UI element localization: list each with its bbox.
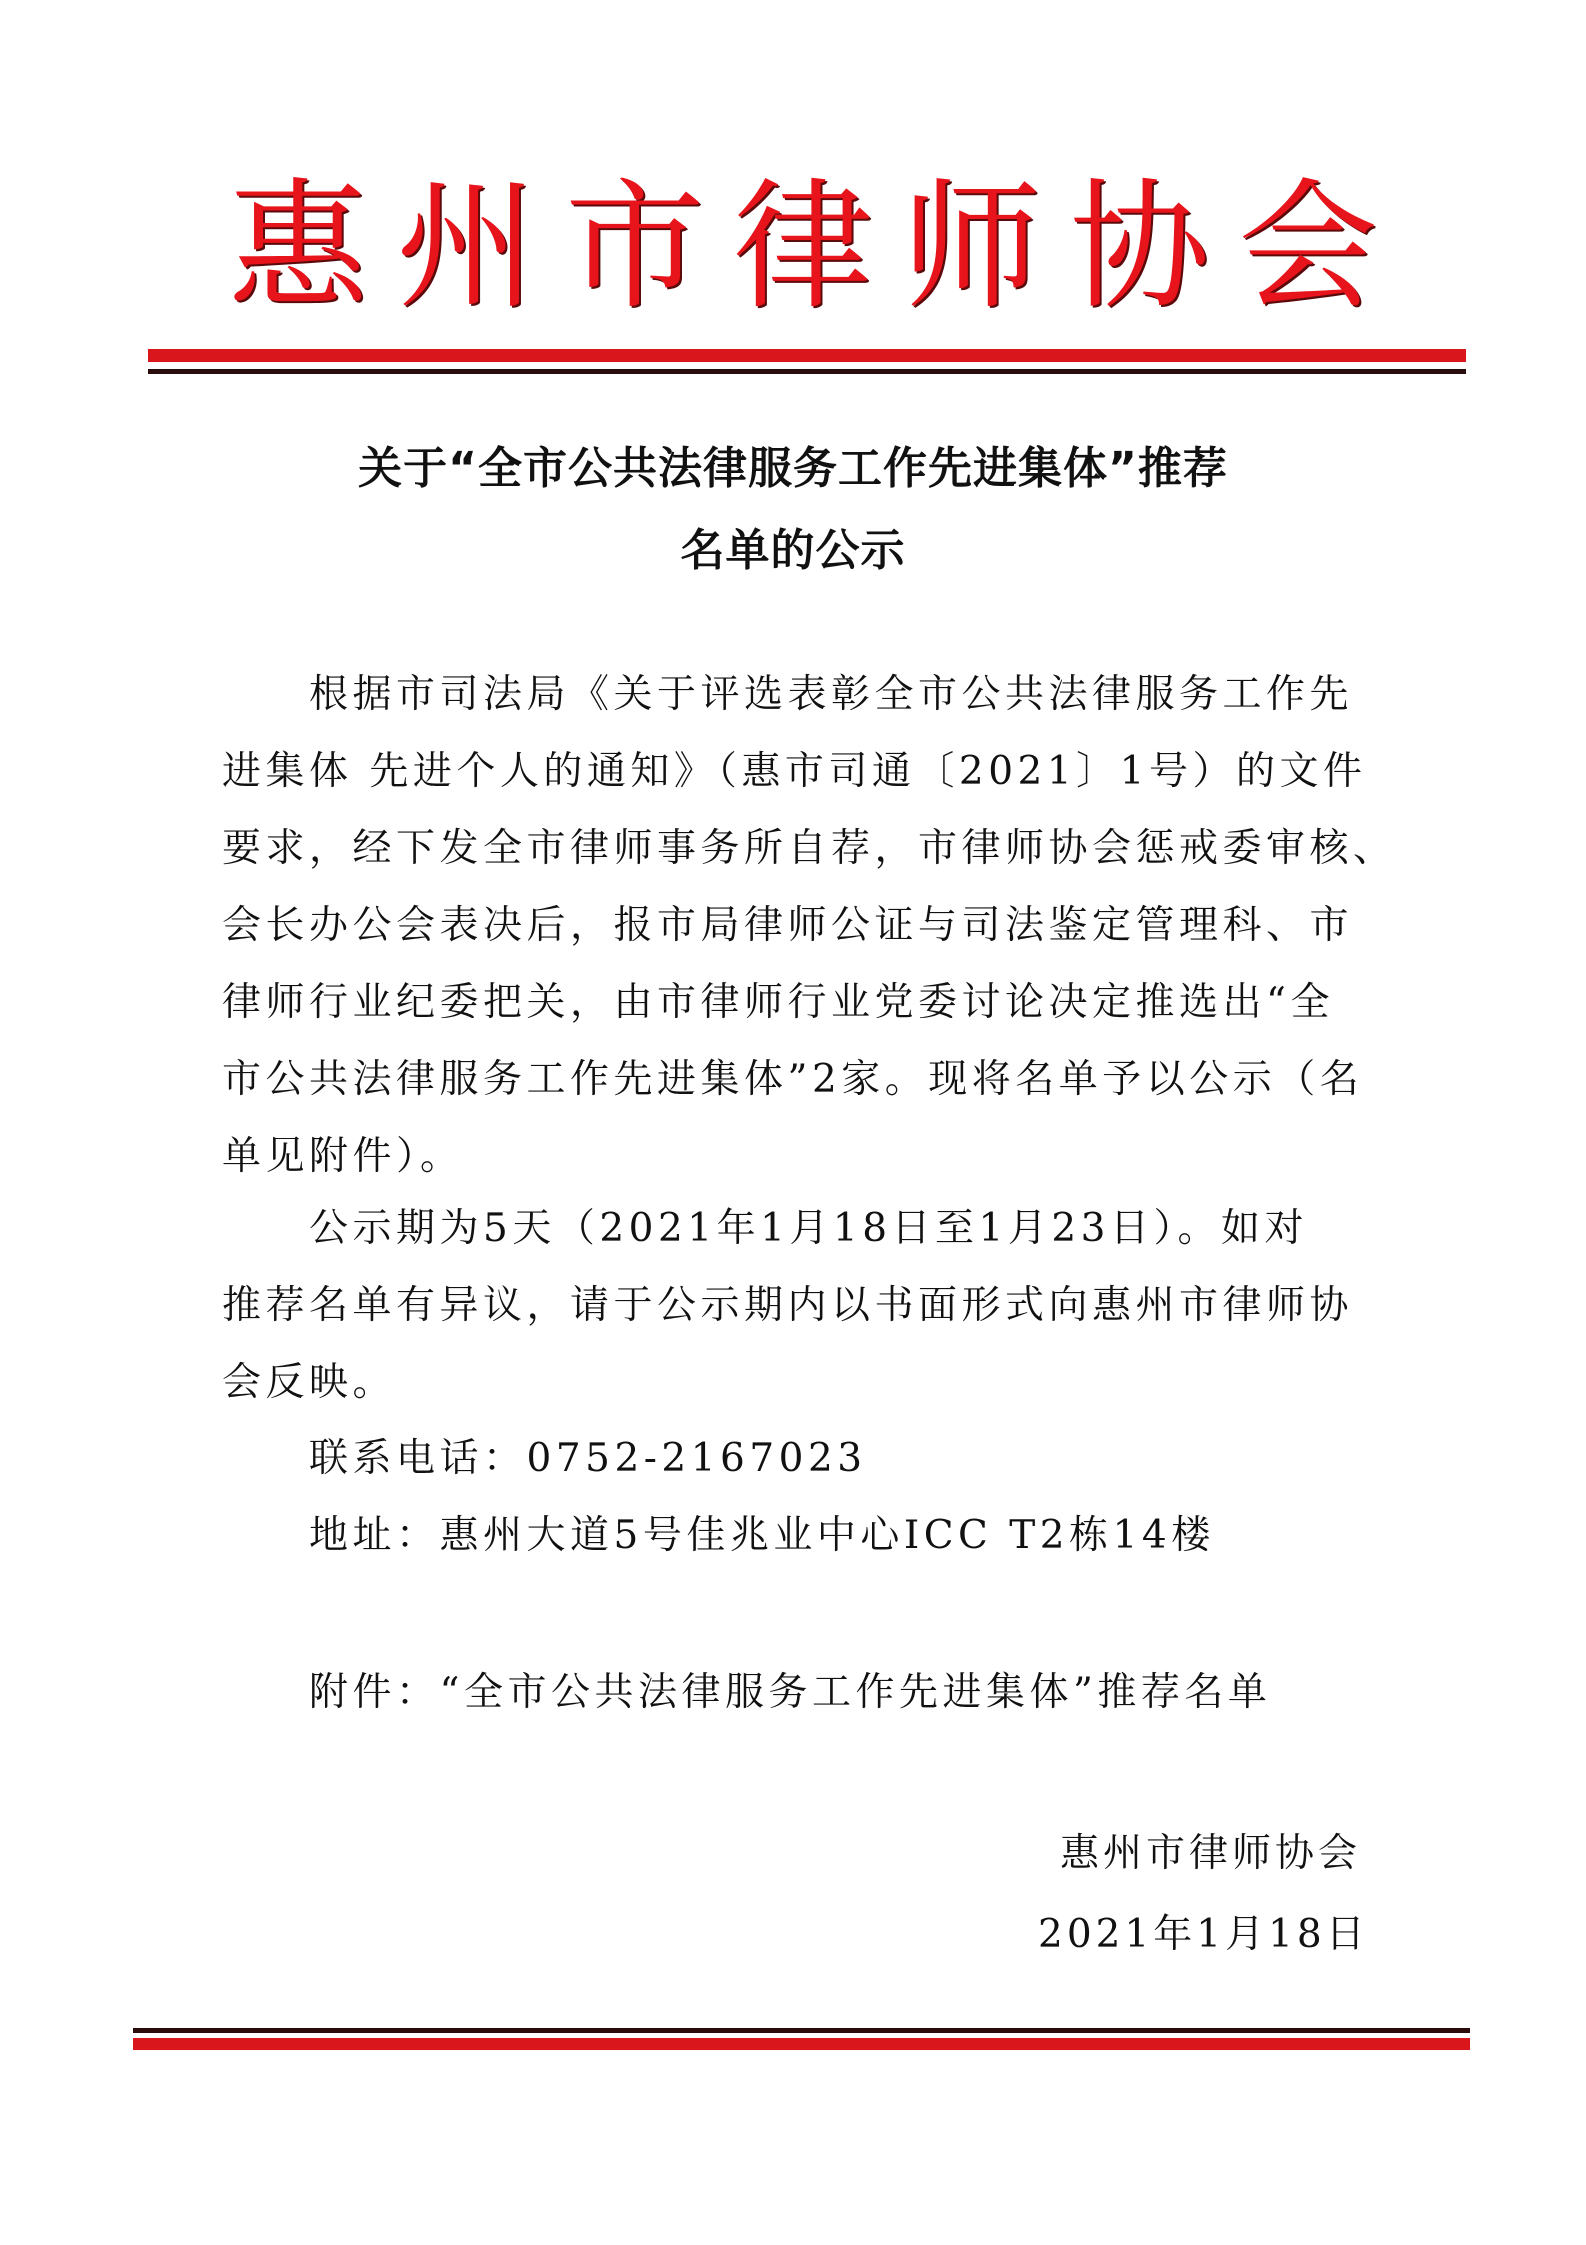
footer-rule-thin xyxy=(133,2028,1470,2033)
body-paragraph-2: 公示期为5天（2021年1月18日至1月23日）。如对 推荐名单有异议，请于公示… xyxy=(222,1190,1362,1421)
masthead-char: 师 xyxy=(901,168,1041,328)
body-line: 推荐名单有异议，请于公示期内以书面形式向惠州市律师协 xyxy=(222,1267,1362,1344)
masthead-char: 惠 xyxy=(228,168,368,328)
body-line: 根据市司法局《关于评选表彰全市公共法律服务工作先 xyxy=(222,656,1362,733)
footer-rule-thick xyxy=(133,2038,1470,2050)
masthead-char: 市 xyxy=(565,168,705,328)
body-paragraph-1: 根据市司法局《关于评选表彰全市公共法律服务工作先 进集体 先进个人的通知》（惠市… xyxy=(222,656,1362,1195)
body-line: 要求，经下发全市律师事务所自荐，市律师协会惩戒委审核、 xyxy=(222,810,1362,887)
masthead-char: 州 xyxy=(396,168,536,328)
body-line: 进集体 先进个人的通知》（惠市司通〔2021〕1号）的文件 xyxy=(222,733,1362,810)
body-line: 公示期为5天（2021年1月18日至1月23日）。如对 xyxy=(222,1190,1362,1267)
signature-organization: 惠州市律师协会 xyxy=(1060,1822,1361,1878)
body-line: 会长办公会表决后，报市局律师公证与司法鉴定管理科、市 xyxy=(222,887,1362,964)
contact-phone: 联系电话：0752-2167023 xyxy=(222,1420,1362,1497)
attachment-block: 附件：“全市公共法律服务工作先进集体”推荐名单 xyxy=(222,1654,1362,1731)
masthead-char: 会 xyxy=(1238,168,1378,328)
contact-block: 联系电话：0752-2167023 地址：惠州大道5号佳兆业中心ICC T2栋1… xyxy=(222,1420,1362,1574)
body-line: 会反映。 xyxy=(222,1344,1362,1421)
body-line: 市公共法律服务工作先进集体”2家。现将名单予以公示（名 xyxy=(222,1041,1362,1118)
document-title-line1: 关于“全市公共法律服务工作先进集体”推荐 xyxy=(0,432,1586,496)
masthead-title: 惠 州 市 律 师 协 会 xyxy=(228,168,1378,328)
masthead-char: 律 xyxy=(733,168,873,328)
contact-address: 地址：惠州大道5号佳兆业中心ICC T2栋14楼 xyxy=(222,1497,1362,1574)
masthead-char: 协 xyxy=(1070,168,1210,328)
body-line: 律师行业纪委把关，由市律师行业党委讨论决定推选出“全 xyxy=(222,964,1362,1041)
attachment-note: 附件：“全市公共法律服务工作先进集体”推荐名单 xyxy=(222,1654,1362,1731)
header-rule-thin xyxy=(148,369,1466,374)
document-title-line2: 名单的公示 xyxy=(0,514,1586,578)
signature-date: 2021年1月18日 xyxy=(1038,1903,1369,1959)
body-line: 单见附件）。 xyxy=(222,1118,1362,1195)
header-rule-thick xyxy=(148,349,1466,362)
